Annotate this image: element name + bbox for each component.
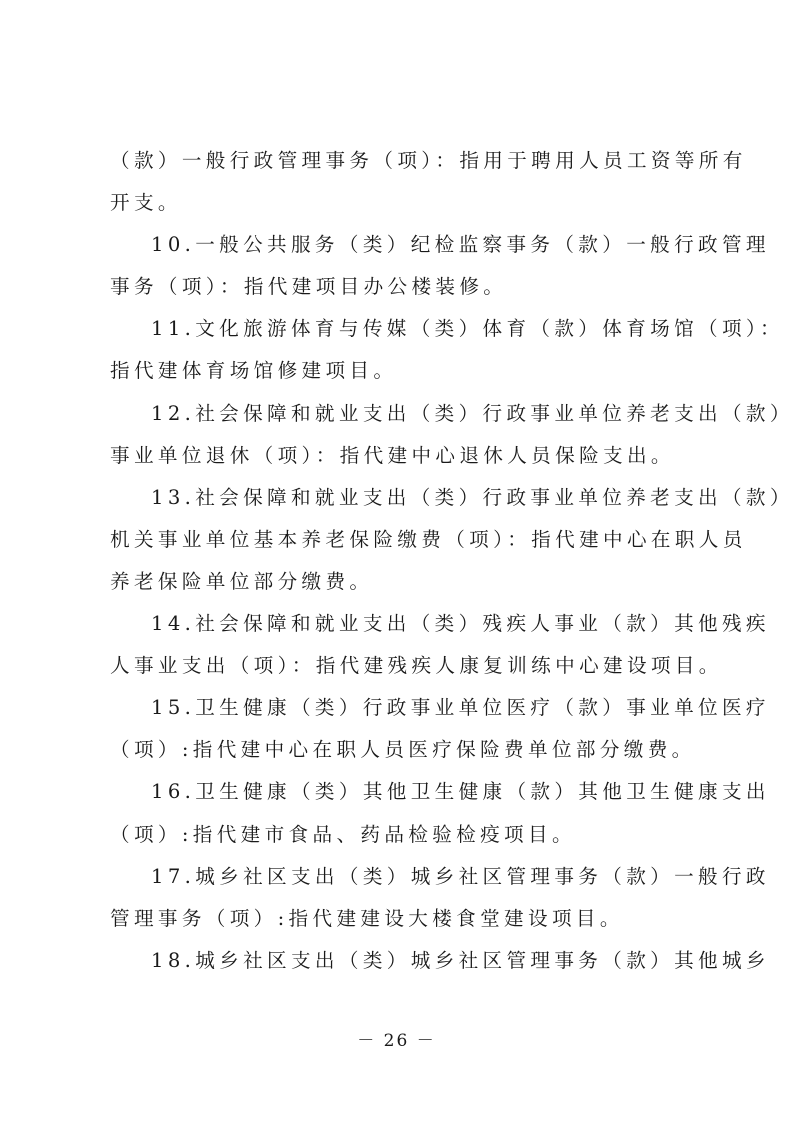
- text-line: 事务（项）：指代建项目办公楼装修。: [110, 269, 688, 311]
- list-item-12: 12.社会保障和就业支出（类）行政事业单位养老支出（款）: [110, 396, 688, 438]
- list-item-13: 13.社会保障和就业支出（类）行政事业单位养老支出（款）: [110, 480, 688, 522]
- document-page: （款）一般行政管理事务（项）：指用于聘用人员工资等所有 开支。 10.一般公共服…: [0, 0, 793, 1122]
- text-line: 养老保险单位部分缴费。: [110, 564, 688, 606]
- text-line: 机关事业单位基本养老保险缴费（项）：指代建中心在职人员: [110, 522, 688, 564]
- text-line: （款）一般行政管理事务（项）：指用于聘用人员工资等所有: [110, 143, 688, 185]
- document-body: （款）一般行政管理事务（项）：指用于聘用人员工资等所有 开支。 10.一般公共服…: [110, 143, 688, 985]
- list-item-18: 18.城乡社区支出（类）城乡社区管理事务（款）其他城乡: [110, 943, 688, 985]
- text-line: （项）:指代建市食品、药品检验检疫项目。: [110, 817, 688, 859]
- list-item-14: 14.社会保障和就业支出（类）残疾人事业（款）其他残疾: [110, 606, 688, 648]
- text-line: 人事业支出（项）：指代建残疾人康复训练中心建设项目。: [110, 648, 688, 690]
- text-line: 开支。: [110, 185, 688, 227]
- list-item-17: 17.城乡社区支出（类）城乡社区管理事务（款）一般行政: [110, 859, 688, 901]
- list-item-15: 15.卫生健康（类）行政事业单位医疗（款）事业单位医疗: [110, 690, 688, 732]
- list-item-10: 10.一般公共服务（类）纪检监察事务（款）一般行政管理: [110, 227, 688, 269]
- text-line: 事业单位退休（项）：指代建中心退休人员保险支出。: [110, 438, 688, 480]
- list-item-11: 11.文化旅游体育与传媒（类）体育（款）体育场馆（项）：: [110, 311, 688, 353]
- text-line: 管理事务（项）:指代建建设大楼食堂建设项目。: [110, 901, 688, 943]
- text-line: （项）:指代建中心在职人员医疗保险费单位部分缴费。: [110, 732, 688, 774]
- text-line: 指代建体育场馆修建项目。: [110, 353, 688, 395]
- page-number: － 26 －: [0, 1026, 793, 1051]
- list-item-16: 16.卫生健康（类）其他卫生健康（款）其他卫生健康支出: [110, 774, 688, 816]
